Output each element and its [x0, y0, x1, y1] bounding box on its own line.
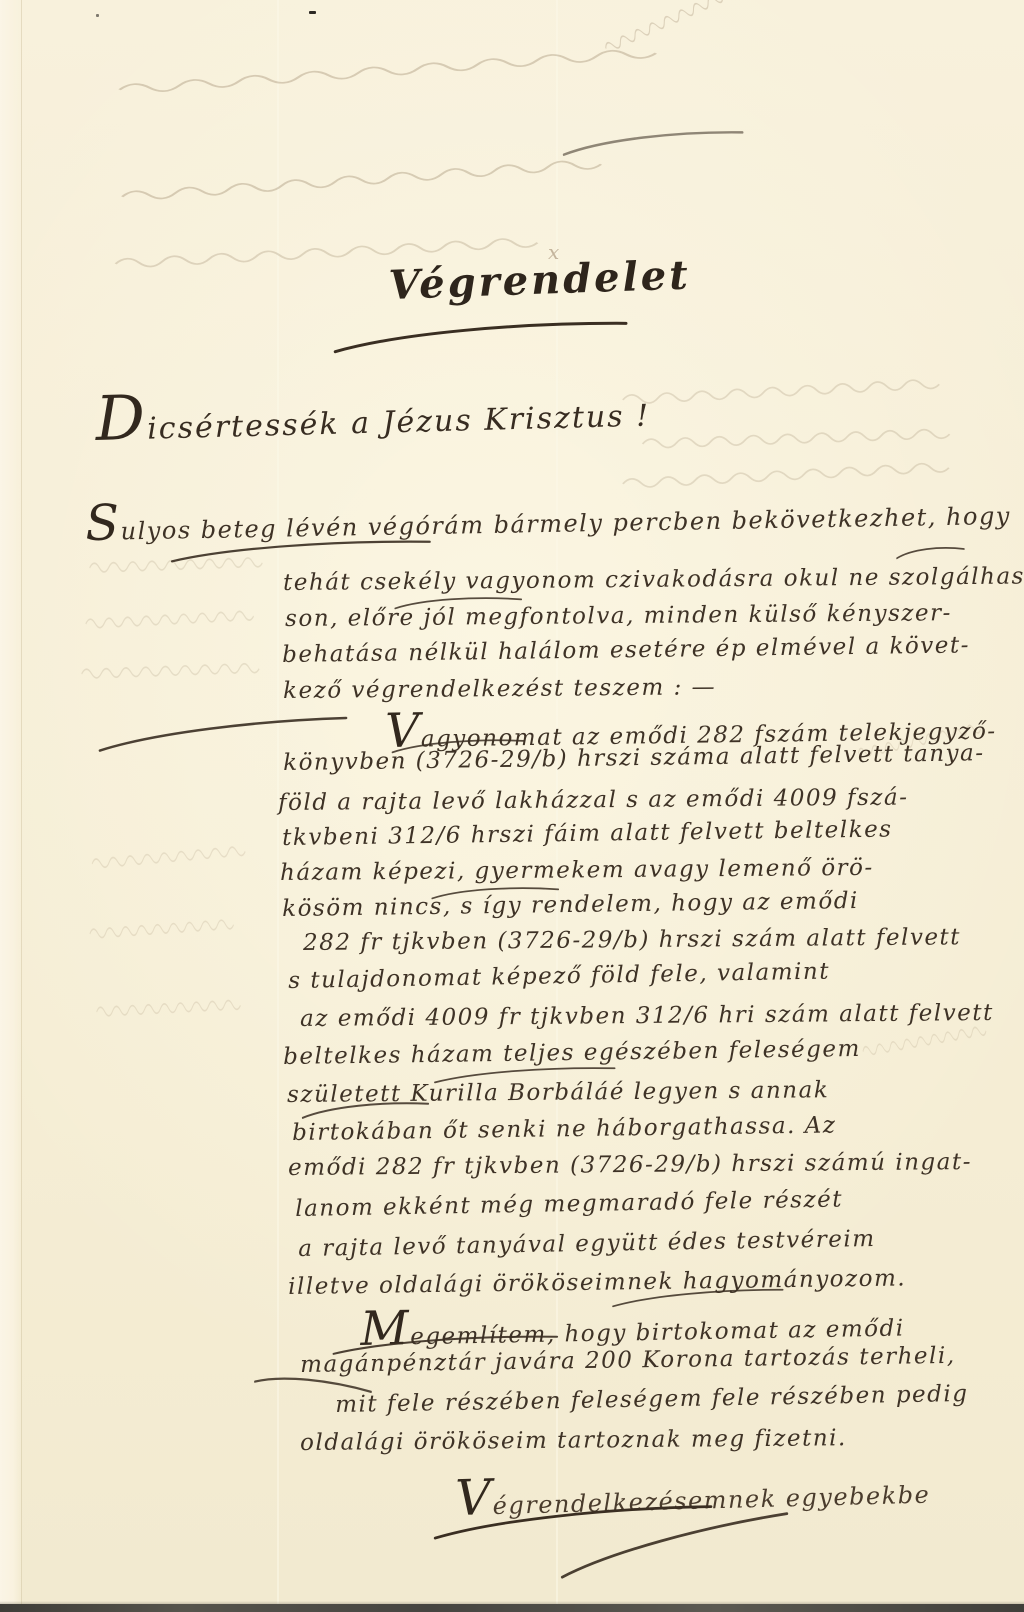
manuscript-line: házam képezi, gyermekem avagy lemenő örö… — [280, 855, 874, 886]
manuscript-line: a rajta levő tanyával együtt édes testvé… — [298, 1226, 876, 1262]
manuscript-page: x Végrendelet Dicsértessék a Jézus Krisz… — [0, 0, 1024, 1612]
manuscript-line: Sulyos beteg lévén végórám bármely percb… — [85, 489, 1011, 546]
scanner-edge — [0, 1604, 1024, 1612]
manuscript-line: s tulajdonomat képező föld fele, valamin… — [288, 959, 830, 994]
paper-left-edge — [0, 0, 22, 1612]
manuscript-line: mit fele részében feleségem fele részébe… — [335, 1381, 969, 1418]
manuscript-line: tehát csekély vagyonom czivakodásra okul… — [283, 563, 1024, 596]
paper-crease — [21, 0, 22, 1612]
manuscript-line: birtokában őt senki ne háborgathassa. Az — [292, 1112, 837, 1146]
underline-flourish — [895, 543, 966, 562]
bleedthrough-stroke — [84, 603, 260, 632]
bleedthrough-stroke — [620, 371, 951, 408]
document-title: Végrendelet — [388, 251, 691, 309]
bleedthrough-stroke — [640, 421, 961, 452]
manuscript-line: tkvbeni 312/6 hrszi fáim alatt felvett b… — [282, 816, 893, 851]
manuscript-line: kösöm nincs, s így rendelem, hogy az emő… — [282, 888, 859, 922]
manuscript-line: oldalági örököseim tartoznak meg fizetni… — [300, 1425, 847, 1456]
manuscript-line: föld a rajta levő lakházzal s az emődi 4… — [278, 784, 909, 815]
bleedthrough-stroke — [80, 656, 266, 682]
manuscript-line: son, előre jól megfontolva, minden külső… — [285, 600, 952, 632]
manuscript-line: illetve oldalági örököseimnek hagyományo… — [288, 1265, 906, 1300]
manuscript-line: kező végrendelkezést teszem : — — [283, 674, 716, 704]
bleedthrough-stroke — [95, 992, 246, 1020]
greeting-line: Dicsértessék a Jézus Krisztus ! — [95, 381, 651, 447]
manuscript-line: 282 fr tjkvben (3726-29/b) hrszi szám al… — [303, 924, 961, 956]
bleedthrough-stroke — [90, 838, 251, 872]
ink-speck — [96, 14, 99, 17]
ink-speck — [309, 11, 316, 14]
manuscript-line: lanom ekként még megmaradó fele részét — [295, 1186, 843, 1222]
bleedthrough-stroke — [88, 912, 239, 942]
manuscript-line: emődi 282 fr tjkvben (3726-29/b) hrszi s… — [288, 1149, 972, 1181]
manuscript-line: behatása nélkül halálom esetére ép elmév… — [282, 632, 970, 668]
title-flourish — [330, 313, 631, 358]
bleedthrough-stroke — [620, 454, 961, 492]
bleedthrough-stroke — [118, 150, 618, 205]
manuscript-line: az emődi 4009 fr tjkvben 312/6 hri szám … — [300, 1000, 994, 1032]
bleedthrough-stroke — [115, 39, 675, 98]
